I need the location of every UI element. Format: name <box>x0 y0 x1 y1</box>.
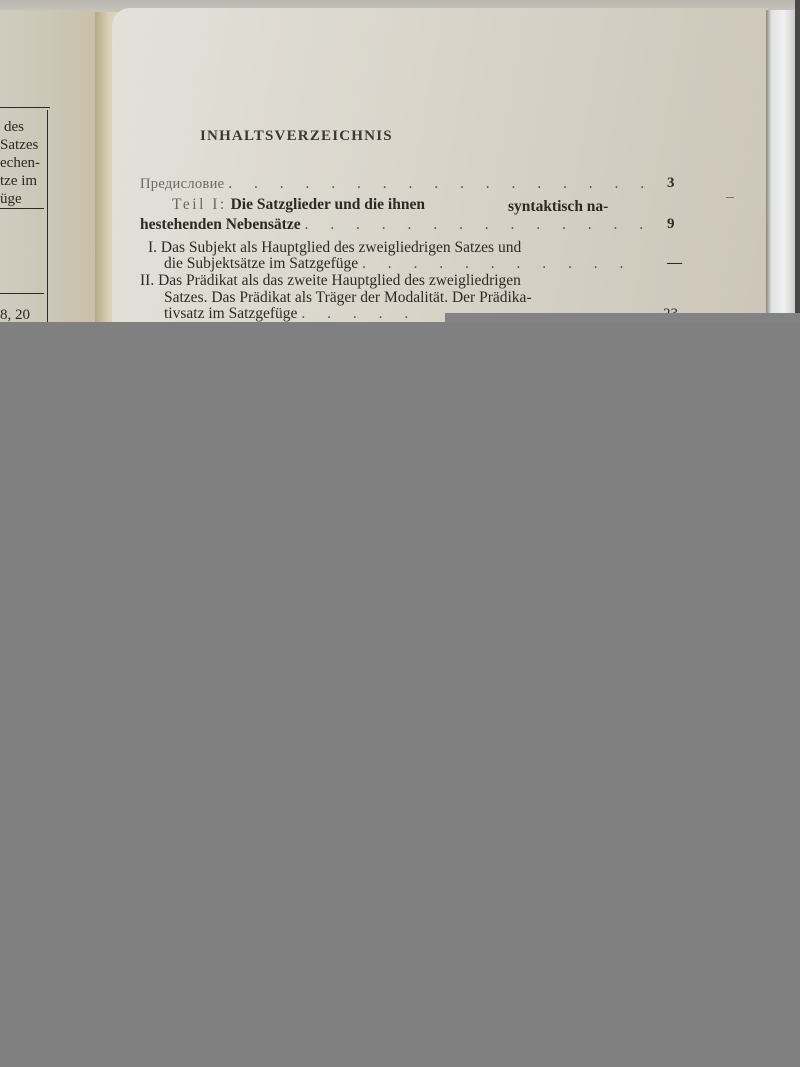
pencil-mark <box>726 197 734 198</box>
entry-prefix: Teil I: <box>172 196 227 213</box>
entry-text: Die Satzglieder und die ihnen <box>231 196 425 213</box>
entry-text: die Subjektsätze im Satzgefüge <box>164 255 358 272</box>
table-rule <box>0 208 44 209</box>
table-column-rule <box>47 110 48 330</box>
leader-dots: . . . . . <box>301 305 417 322</box>
toc-entry-preface: Предисловие . . . . . . . . . . . . . . … <box>140 175 653 193</box>
entry-text: hestehenden Nebensätze <box>140 216 301 233</box>
toc-entry-part-1: Teil I: Die Satzglieder und die ihnen <box>172 196 425 213</box>
fragment-line: Satzes <box>0 136 38 154</box>
toc-entry-chapter-1-line2: die Subjektsätze im Satzgefüge . . . . .… <box>164 255 632 272</box>
toc-entry-chapter-2-line3: tivsatz im Satzgefüge . . . . . <box>164 305 417 322</box>
entry-text-continued: syntaktisch na- <box>508 198 608 215</box>
fragment-line: üge <box>0 190 22 208</box>
leader-dots: . . . . . . . . . . . <box>362 255 632 272</box>
page-number: 9 <box>667 216 675 233</box>
page-number: 3 <box>667 175 675 192</box>
gray-mask <box>0 322 800 1067</box>
entry-text: tivsatz im Satzgefüge <box>164 305 297 322</box>
toc-title: INHALTSVERZEICHNIS <box>200 128 393 145</box>
table-rule <box>0 107 50 108</box>
fragment-line: tze im <box>0 172 37 190</box>
leader-dots: . . . . . . . . . . . . . . <box>304 216 652 233</box>
entry-text: Das Subjekt als Hauptglied des zweiglied… <box>161 239 521 256</box>
toc-entry-chapter-2-line2: Satzes. Das Prädikat als Träger der Moda… <box>164 289 532 306</box>
leader-dots: . . . . . . . . . . . . . . . . . <box>228 175 653 192</box>
book-cover-edge <box>766 10 796 330</box>
book-photo: des Satzes echen- tze im üge 8, 20 INHAL… <box>0 0 800 330</box>
page-number: — <box>667 255 682 272</box>
toc-entry-chapter-2: II. Das Prädikat als das zweite Hauptgli… <box>140 272 521 289</box>
entry-text: Предисловие <box>140 176 224 192</box>
entry-text: Das Prädikat als das zweite Hauptglied d… <box>158 272 521 289</box>
fragment-line: echen- <box>0 154 40 172</box>
left-page: des Satzes echen- tze im üge 8, 20 <box>0 10 98 330</box>
table-rule <box>0 293 44 294</box>
chapter-number: II. <box>140 272 154 289</box>
toc-entry-chapter-1: I. Das Subjekt als Hauptglied des zweigl… <box>148 239 521 256</box>
chapter-number: I. <box>148 239 157 256</box>
fragment-line: des <box>4 118 24 136</box>
background-edge <box>795 0 800 330</box>
toc-entry-part-1-line2: hestehenden Nebensätze . . . . . . . . .… <box>140 216 652 233</box>
